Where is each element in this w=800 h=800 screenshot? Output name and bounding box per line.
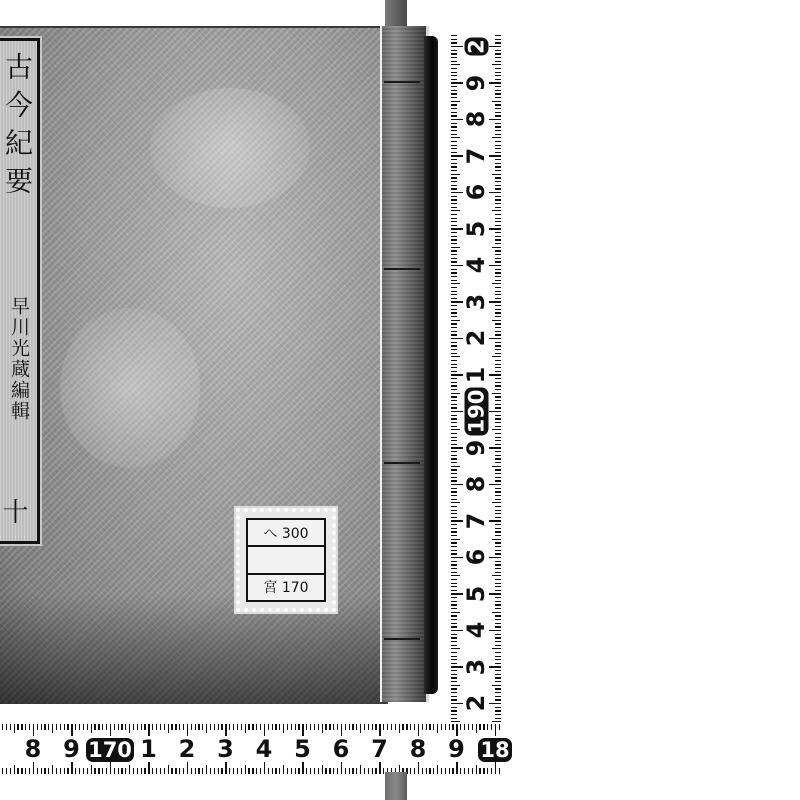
ruler-tick <box>487 724 488 730</box>
ruler-tick <box>495 287 501 288</box>
ruler-tick <box>451 531 457 532</box>
ruler-tick <box>256 724 257 730</box>
ruler-tick <box>495 185 501 186</box>
ruler-tick <box>492 137 501 138</box>
ruler-tick <box>464 724 465 730</box>
ruler-tick <box>451 466 460 467</box>
ruler-tick <box>451 174 460 175</box>
ruler-tick <box>451 367 457 368</box>
ruler-tick <box>495 130 501 131</box>
ruler-tick <box>451 159 457 160</box>
ruler-tick <box>451 604 457 605</box>
ruler-tick <box>495 349 501 350</box>
ruler-tick <box>272 768 273 774</box>
ruler-tick <box>495 418 501 419</box>
ruler-tick <box>17 768 18 774</box>
ruler-tick <box>451 236 457 237</box>
ruler-tick <box>441 724 442 730</box>
ruler-tick <box>451 35 457 36</box>
ruler-tick <box>495 298 501 299</box>
ruler-tick <box>495 433 501 434</box>
ruler-tick <box>98 724 99 730</box>
ruler-label: 1 <box>132 737 166 761</box>
ruler-tick <box>210 724 211 730</box>
ruler-tick <box>272 724 273 730</box>
ruler-tick <box>495 407 501 408</box>
ruler-tick <box>67 768 68 774</box>
ruler-tick <box>451 674 457 675</box>
ruler-tick <box>451 46 463 47</box>
ruler-tick <box>260 768 261 774</box>
ruler-tick <box>160 724 161 730</box>
ruler-label: 8 <box>401 737 435 761</box>
ruler-tick <box>495 123 501 124</box>
ruler-tick <box>202 768 203 774</box>
binding-stitch <box>384 268 420 270</box>
ruler-tick <box>248 724 249 730</box>
ruler-tick <box>495 513 501 514</box>
ruler-tick <box>306 768 307 774</box>
ruler-tick <box>451 718 457 719</box>
ruler-tick <box>414 724 415 730</box>
ruler-tick <box>495 626 501 627</box>
ruler-tick <box>445 724 446 730</box>
ruler-tick <box>152 768 153 774</box>
ruler-tick <box>492 575 501 576</box>
ruler-tick <box>495 42 501 43</box>
ruler-tick <box>129 724 130 733</box>
ruler-tick <box>468 768 469 774</box>
ruler-tick <box>29 768 30 774</box>
ruler-tick <box>495 177 501 178</box>
ruler-tick <box>164 724 165 730</box>
ruler-tick <box>451 207 457 208</box>
ruler-tick <box>451 170 457 171</box>
ruler-tick <box>483 768 484 774</box>
ruler-tick <box>451 469 457 470</box>
ruler-tick <box>495 415 501 416</box>
ruler-tick <box>2 724 3 730</box>
ruler-tick <box>441 768 442 774</box>
ruler-label: 7 <box>363 737 397 761</box>
ruler-tick <box>495 546 501 547</box>
ruler-tick <box>125 768 126 774</box>
ruler-tick <box>492 64 501 65</box>
ruler-tick <box>183 724 184 730</box>
ruler-tick <box>495 367 501 368</box>
ruler-tick <box>456 762 457 774</box>
ruler-tick <box>283 724 284 733</box>
ruler-tick <box>451 652 457 653</box>
ruler-tick <box>451 608 457 609</box>
ruler-tick <box>495 458 501 459</box>
ruler-tick <box>495 656 501 657</box>
ruler-tick <box>451 491 457 492</box>
ruler-tick <box>495 670 501 671</box>
ruler-tick <box>495 645 501 646</box>
ruler-tick <box>495 68 501 69</box>
ruler-tick <box>25 768 26 774</box>
ruler-tick <box>114 724 115 730</box>
ruler-tick <box>191 768 192 774</box>
ruler-tick <box>98 768 99 774</box>
ruler-tick <box>451 86 457 87</box>
ruler-tick <box>495 422 501 423</box>
ruler-tick <box>233 724 234 730</box>
ruler-tick <box>25 724 26 730</box>
ruler-tick <box>260 724 261 730</box>
ruler-tick <box>110 724 111 736</box>
ruler-tick <box>451 692 457 693</box>
ruler-tick <box>67 724 68 730</box>
ruler-tick <box>495 677 501 678</box>
ruler-tick <box>451 331 457 332</box>
ruler-tick <box>191 724 192 730</box>
ruler-tick <box>479 768 480 774</box>
ruler-tick <box>495 345 501 346</box>
ruler-tick <box>451 502 460 503</box>
ruler-tick <box>2 768 3 774</box>
ruler-tick <box>495 714 501 715</box>
ruler-tick <box>133 724 134 730</box>
ruler-tick <box>451 269 457 270</box>
ruler-tick <box>451 137 460 138</box>
ruler-tick <box>451 641 457 642</box>
ruler-tick <box>495 39 501 40</box>
ruler-tick <box>451 298 457 299</box>
ruler-tick <box>495 327 501 328</box>
ruler-tick <box>492 502 501 503</box>
ruler-tick <box>495 623 501 624</box>
ruler-tick <box>495 108 501 109</box>
ruler-tick <box>451 312 457 313</box>
ruler-tick <box>451 134 457 135</box>
ruler-tick <box>451 250 457 251</box>
ruler-tick <box>449 768 450 774</box>
ruler-tick <box>464 768 465 774</box>
ruler-tick <box>495 115 501 116</box>
ruler-tick <box>451 615 457 616</box>
ruler-tick <box>52 765 53 774</box>
ruler-tick <box>422 768 423 774</box>
ruler-tick <box>451 163 457 164</box>
ruler-tick <box>495 440 501 441</box>
ruler-tick <box>451 699 457 700</box>
ruler-tick <box>426 768 427 774</box>
ruler-tick <box>451 473 457 474</box>
ruler-tick <box>451 572 457 573</box>
ruler-tick <box>451 115 457 116</box>
ruler-tick <box>479 724 480 730</box>
ruler-tick <box>495 681 501 682</box>
ruler-tick <box>121 768 122 774</box>
ruler-tick <box>144 724 145 730</box>
ruler-tick <box>495 462 501 463</box>
ruler-tick <box>437 765 438 774</box>
ruler-tick <box>489 484 501 485</box>
horizontal-scale-ruler: 8917012345678918 <box>0 724 500 774</box>
ruler-tick <box>6 724 7 730</box>
ruler-tick <box>495 280 501 281</box>
ruler-tick <box>495 360 501 361</box>
ruler-tick <box>489 447 501 448</box>
ruler-tick <box>314 724 315 730</box>
ruler-tick <box>229 768 230 774</box>
ruler-tick <box>492 685 501 686</box>
ruler-tick <box>451 247 460 248</box>
ruler-tick <box>495 437 501 438</box>
ruler-tick <box>451 696 457 697</box>
ruler-label: 18 <box>478 737 512 762</box>
ruler-tick <box>345 768 346 774</box>
ruler-tick <box>451 349 457 350</box>
ruler-tick <box>314 768 315 774</box>
ruler-label: 7 <box>464 504 488 538</box>
ruler-tick <box>44 724 45 730</box>
ruler-tick <box>137 724 138 730</box>
ruler-tick <box>451 418 457 419</box>
ruler-tick <box>451 196 457 197</box>
ruler-tick <box>29 724 30 730</box>
ruler-tick <box>495 196 501 197</box>
ruler-tick <box>495 239 501 240</box>
ruler-tick <box>495 181 501 182</box>
ruler-tick <box>451 39 457 40</box>
ruler-tick <box>495 608 501 609</box>
ruler-tick <box>451 356 460 357</box>
ruler-label: 5 <box>464 577 488 611</box>
ruler-tick <box>451 710 457 711</box>
ruler-tick <box>451 535 457 536</box>
ruler-tick <box>241 724 242 730</box>
ruler-tick <box>451 276 457 277</box>
ruler-tick <box>451 495 457 496</box>
ruler-tick <box>495 699 501 700</box>
ruler-tick <box>489 557 501 558</box>
ruler-tick <box>148 762 149 774</box>
ruler-tick <box>495 53 501 54</box>
ruler-tick <box>451 477 457 478</box>
ruler-tick <box>495 364 501 365</box>
title-slip: 古今紀要 早川光蔵編輯 十 <box>0 36 42 546</box>
ruler-label: 2 <box>464 686 488 720</box>
ruler-tick <box>406 724 407 730</box>
ruler-tick <box>14 724 15 733</box>
ruler-tick <box>164 768 165 774</box>
ruler-tick <box>418 762 419 774</box>
ruler-tick <box>221 724 222 730</box>
ruler-tick <box>495 637 501 638</box>
ruler-tick <box>141 768 142 774</box>
ruler-tick <box>489 630 501 631</box>
ruler-tick <box>168 724 169 733</box>
ruler-tick <box>495 724 496 736</box>
ruler-tick <box>102 768 103 774</box>
ruler-tick <box>451 400 457 401</box>
ruler-tick <box>452 724 453 730</box>
ruler-tick <box>451 334 457 335</box>
ruler-tick <box>451 488 457 489</box>
ruler-tick <box>206 724 207 733</box>
ruler-tick <box>451 619 457 620</box>
ruler-tick <box>495 455 501 456</box>
ruler-tick <box>451 645 457 646</box>
ruler-tick <box>451 199 457 200</box>
ruler-tick <box>451 575 460 576</box>
ruler-tick <box>495 250 501 251</box>
ruler-tick <box>495 221 501 222</box>
ruler-tick <box>451 283 460 284</box>
ruler-label: 8 <box>16 737 50 761</box>
ruler-tick <box>495 506 501 507</box>
ruler-tick <box>451 426 457 427</box>
ruler-tick <box>495 141 501 142</box>
ruler-tick <box>495 553 501 554</box>
ruler-tick <box>495 218 501 219</box>
ruler-tick <box>495 371 501 372</box>
ruler-tick <box>83 724 84 730</box>
ruler-tick <box>375 724 376 730</box>
ruler-tick <box>495 342 501 343</box>
ruler-tick <box>252 768 253 774</box>
ruler-tick <box>451 378 457 379</box>
ruler-tick <box>495 291 501 292</box>
ruler-tick <box>91 765 92 774</box>
ruler-tick <box>495 619 501 620</box>
ruler-tick <box>495 389 501 390</box>
ruler-tick <box>487 768 488 774</box>
ruler-label: 4 <box>464 613 488 647</box>
ruler-label: 3 <box>464 650 488 684</box>
ruler-tick <box>451 243 457 244</box>
ruler-tick <box>451 542 457 543</box>
paper-strip-bottom <box>385 772 407 800</box>
ruler-tick <box>44 768 45 774</box>
ruler-tick <box>495 469 501 470</box>
ruler-label: 6 <box>324 737 358 761</box>
ruler-tick <box>495 426 501 427</box>
ruler-tick <box>495 57 501 58</box>
ruler-tick <box>451 126 457 127</box>
ruler-tick <box>187 762 188 774</box>
ruler-tick <box>198 724 199 730</box>
ruler-tick <box>495 243 501 244</box>
ruler-tick <box>451 108 457 109</box>
ruler-tick <box>429 768 430 774</box>
ruler-tick <box>287 768 288 774</box>
ruler-tick <box>476 724 477 733</box>
ruler-tick <box>451 203 457 204</box>
ruler-tick <box>218 724 219 730</box>
ruler-tick <box>268 768 269 774</box>
ruler-tick <box>495 488 501 489</box>
ruler-tick <box>449 724 450 730</box>
ruler-tick <box>451 152 457 153</box>
ruler-tick <box>279 724 280 730</box>
ruler-tick <box>495 134 501 135</box>
ruler-tick <box>451 404 457 405</box>
ruler-tick <box>94 724 95 730</box>
ruler-label: 4 <box>464 248 488 282</box>
ruler-tick <box>451 342 457 343</box>
ruler-tick <box>495 126 501 127</box>
ruler-tick <box>395 724 396 730</box>
ruler-label: 2 <box>464 30 489 64</box>
ruler-tick <box>214 768 215 774</box>
ruler-tick <box>451 97 457 98</box>
ruler-label: 4 <box>247 737 281 761</box>
ruler-tick <box>492 101 501 102</box>
ruler-tick <box>495 261 501 262</box>
binding-stitch <box>384 638 420 640</box>
ruler-tick <box>495 510 501 511</box>
ruler-tick <box>451 714 457 715</box>
ruler-tick <box>451 145 457 146</box>
ruler-label: 5 <box>286 737 320 761</box>
ruler-tick <box>451 360 457 361</box>
ruler-tick <box>325 724 326 730</box>
ruler-tick <box>75 768 76 774</box>
ruler-tick <box>352 724 353 730</box>
ruler-tick <box>495 659 501 660</box>
ruler-tick <box>495 294 501 295</box>
ruler-tick <box>495 597 501 598</box>
ruler-tick <box>48 768 49 774</box>
ruler-tick <box>495 316 501 317</box>
ruler-tick <box>451 214 457 215</box>
ruler-tick <box>489 703 501 704</box>
ruler-tick <box>291 768 292 774</box>
ruler-tick <box>414 768 415 774</box>
compiler-name: 早川光蔵編輯 <box>4 296 30 422</box>
ruler-tick <box>264 762 265 774</box>
ruler-tick <box>489 520 501 521</box>
ruler-tick <box>489 82 501 83</box>
ruler-tick <box>492 539 501 540</box>
ruler-tick <box>495 269 501 270</box>
ruler-tick <box>152 724 153 730</box>
ruler-tick <box>87 768 88 774</box>
ruler-tick <box>489 593 501 594</box>
ruler-tick <box>451 177 457 178</box>
ruler-tick <box>489 228 501 229</box>
label-row-blank <box>248 545 324 572</box>
ruler-tick <box>451 185 457 186</box>
ruler-tick <box>206 765 207 774</box>
vertical-scale-ruler: 298765432119098765432 <box>451 33 501 720</box>
ruler-tick <box>495 148 501 149</box>
ruler-tick <box>429 724 430 730</box>
ruler-tick <box>451 685 460 686</box>
ruler-tick <box>495 524 501 525</box>
ruler-tick <box>451 583 457 584</box>
ruler-tick <box>451 166 457 167</box>
ruler-tick <box>10 724 11 730</box>
ruler-tick <box>451 437 457 438</box>
ruler-tick <box>118 768 119 774</box>
ruler-label: 170 <box>83 737 137 762</box>
ruler-tick <box>492 393 501 394</box>
ruler-tick <box>195 768 196 774</box>
ruler-tick <box>171 724 172 730</box>
ruler-tick <box>495 331 501 332</box>
ruler-tick <box>410 724 411 730</box>
ruler-tick <box>144 768 145 774</box>
ruler-tick <box>237 768 238 774</box>
ruler-tick <box>10 768 11 774</box>
ruler-tick <box>298 724 299 730</box>
ruler-tick <box>6 768 7 774</box>
